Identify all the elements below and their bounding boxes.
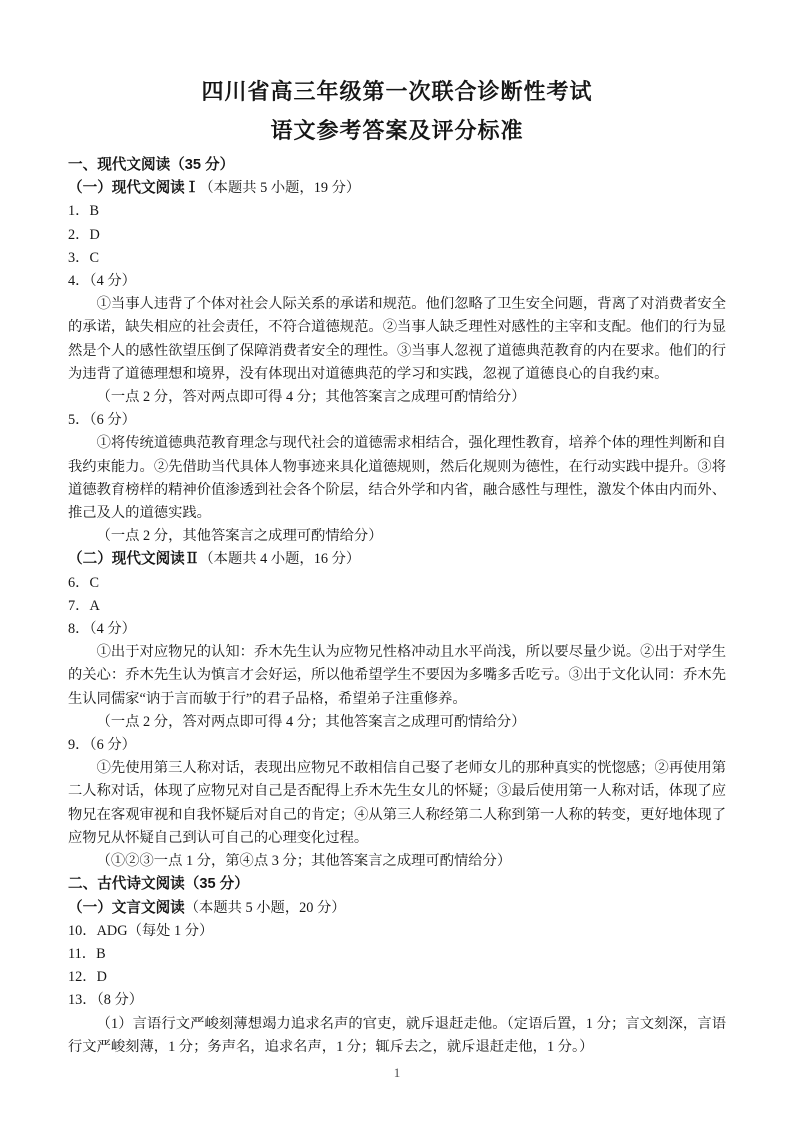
answer-item-2: 2．D [68,224,726,247]
answer-paragraph-q4: ①当事人违背了个体对社会人际关系的承诺和规范。他们忽略了卫生安全问题，背离了对消… [68,293,726,386]
answer-item-13: 13．（8 分） [68,989,726,1012]
document-header: 四川省高三年级第一次联合诊断性考试 语文参考答案及评分标准 [68,72,726,150]
subsection-title: （二）现代文阅读Ⅱ [68,551,199,567]
answer-item-1: 1．B [68,200,726,223]
subsection-meta: （本题共 5 小题，20 分） [185,900,346,916]
answer-item-3: 3．C [68,247,726,270]
section-heading-modern-reading: 一、现代文阅读（35 分） [68,154,726,177]
answer-item-7: 7．A [68,595,726,618]
subsection-heading-modern-reading-1: （一）现代文阅读Ⅰ（本题共 5 小题，19 分） [68,177,726,200]
answer-item-5: 5．（6 分） [68,409,726,432]
answer-item-12: 12．D [68,966,726,989]
page-number: 1 [0,1065,794,1081]
subsection-title: （一）文言文阅读 [68,900,185,916]
answer-item-4: 4．（4 分） [68,270,726,293]
document-title-line1: 四川省高三年级第一次联合诊断性考试 [68,72,726,111]
document-page: 四川省高三年级第一次联合诊断性考试 语文参考答案及评分标准 一、现代文阅读（35… [0,0,794,1123]
subsection-title: （一）现代文阅读Ⅰ [68,180,199,196]
subsection-meta: （本题共 5 小题，19 分） [199,180,360,196]
answer-paragraph-q9: ①先使用第三人称对话，表现出应物兄不敢相信自己娶了老师女儿的那种真实的恍惚感；②… [68,757,726,850]
document-title-line2: 语文参考答案及评分标准 [68,111,726,150]
subsection-heading-classical-prose: （一）文言文阅读（本题共 5 小题，20 分） [68,897,726,920]
answer-item-10: 10．ADG（每处 1 分） [68,920,726,943]
answer-paragraph-q13-1: （1）言语行文严峻刻薄想竭力追求名声的官吏，就斥退赶走他。（定语后置，1 分；言… [68,1013,726,1059]
scoring-note-q8: （一点 2 分，答对两点即可得 4 分；其他答案言之成理可酌情给分） [68,711,726,734]
document-body: 一、现代文阅读（35 分） （一）现代文阅读Ⅰ（本题共 5 小题，19 分） 1… [68,154,726,1059]
answer-item-11: 11．B [68,943,726,966]
section-heading-classical-reading: 二、古代诗文阅读（35 分） [68,873,726,896]
subsection-meta: （本题共 4 小题，16 分） [199,551,360,567]
scoring-note-q5: （一点 2 分，其他答案言之成理可酌情给分） [68,525,726,548]
scoring-note-q9: （①②③一点 1 分，第④点 3 分；其他答案言之成理可酌情给分） [68,850,726,873]
answer-item-6: 6．C [68,572,726,595]
answer-item-9: 9．（6 分） [68,734,726,757]
subsection-heading-modern-reading-2: （二）现代文阅读Ⅱ（本题共 4 小题，16 分） [68,548,726,571]
scoring-note-q4: （一点 2 分，答对两点即可得 4 分；其他答案言之成理可酌情给分） [68,386,726,409]
answer-item-8: 8．（4 分） [68,618,726,641]
document-viewer: { "document": { "title_line1": "四川省高三年级第… [0,0,794,1123]
answer-paragraph-q8: ①出于对应物兄的认知：乔木先生认为应物兄性格冲动且水平尚浅，所以要尽量少说。②出… [68,641,726,711]
answer-paragraph-q5: ①将传统道德典范教育理念与现代社会的道德需求相结合，强化理性教育，培养个体的理性… [68,432,726,525]
